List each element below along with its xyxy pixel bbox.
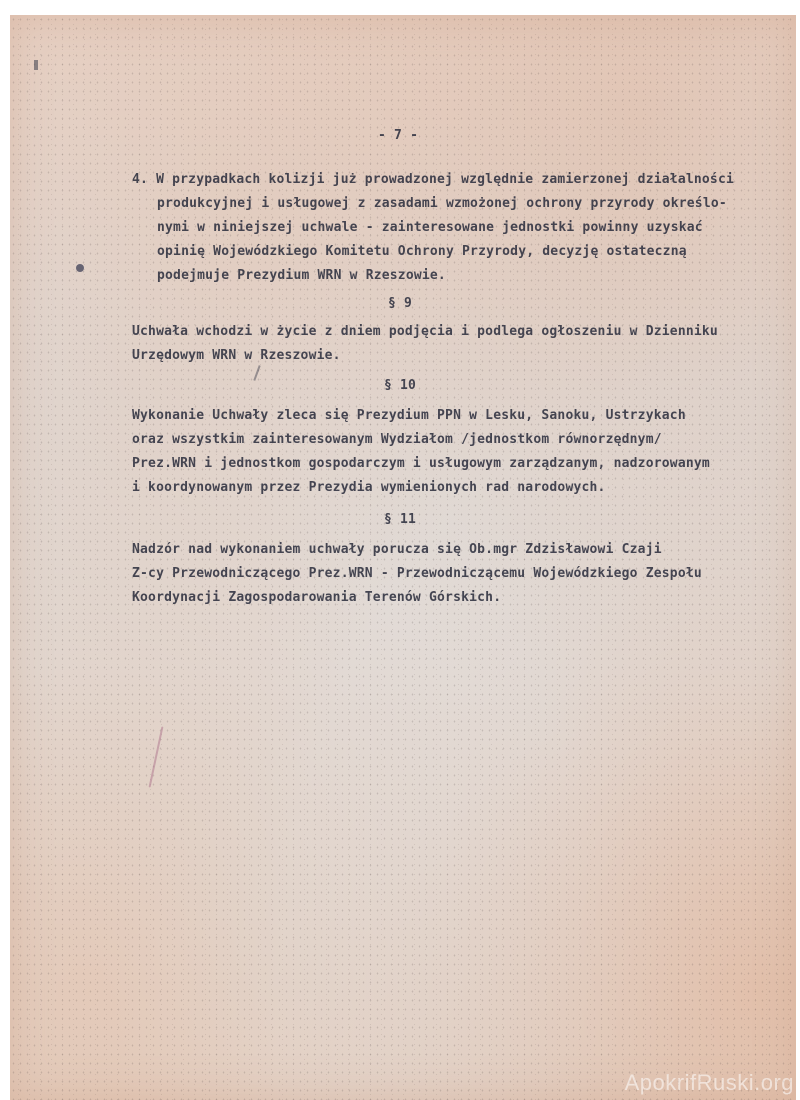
section-11-line-3: Koordynacji Zagospodarowania Terenów Gór… bbox=[132, 590, 501, 605]
section-11-line-2: Z-cy Przewodniczącego Prez.WRN - Przewod… bbox=[132, 566, 702, 581]
item-4-line-5: podejmuje Prezydium WRN w Rzeszowie. bbox=[157, 268, 446, 283]
item-4-line-4: opinię Wojewódzkiego Komitetu Ochrony Pr… bbox=[157, 244, 687, 259]
section-9-line-1: Uchwała wchodzi w życie z dniem podjęcia… bbox=[132, 324, 718, 339]
section-heading-10: § 10 bbox=[0, 378, 800, 393]
section-11-line-1: Nadzór nad wykonaniem uchwały porucza si… bbox=[132, 542, 662, 557]
section-10-line-1: Wykonanie Uchwały zleca się Prezydium PP… bbox=[132, 408, 686, 423]
item-4-line-1: 4. W przypadkach kolizji już prowadzonej… bbox=[132, 172, 734, 187]
section-10-line-2: oraz wszystkim zainteresowanym Wydziałom… bbox=[132, 432, 662, 447]
page-number: - 7 - bbox=[378, 128, 418, 143]
watermark: ApokrifRuski.org bbox=[625, 1070, 794, 1096]
item-4-line-3: nymi w niniejszej uchwale - zainteresowa… bbox=[157, 220, 703, 235]
section-heading-9: § 9 bbox=[0, 296, 800, 311]
punch-hole bbox=[76, 264, 84, 272]
item-4-line-2: produkcyjnej i usługowej z zasadami wzmo… bbox=[157, 196, 727, 211]
section-10-line-4: i koordynowanym przez Prezydia wymienion… bbox=[132, 480, 606, 495]
section-heading-11: § 11 bbox=[0, 512, 800, 527]
section-10-line-3: Prez.WRN i jednostkom gospodarczym i usł… bbox=[132, 456, 710, 471]
section-9-line-2: Urzędowym WRN w Rzeszowie. bbox=[132, 348, 341, 363]
margin-mark bbox=[34, 60, 38, 70]
